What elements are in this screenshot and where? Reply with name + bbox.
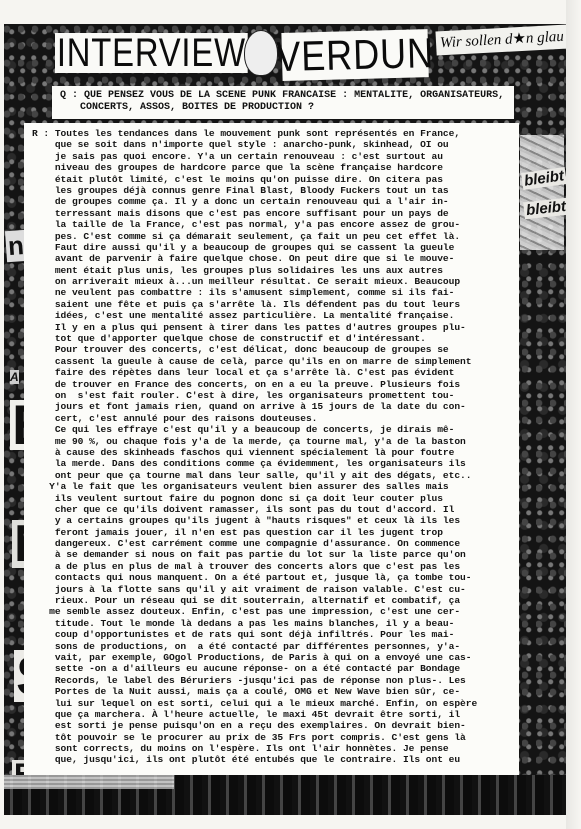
answer-line: que ça marchera. À l'heure actuelle, le … (32, 709, 515, 720)
answer-line: on arriverait mieux à...un meilleur résu… (32, 276, 515, 287)
answer-line: rieux. Pour un réseau qui se dit souterr… (32, 595, 515, 606)
interview-answer: R : Toutes les tendances dans le mouveme… (24, 123, 519, 775)
answer-line: Il y en a plus qui pensent à tirer dans … (32, 322, 515, 333)
answer-line: ment était plus unis, les groupes plus s… (32, 265, 515, 276)
answer-line: Records, le label des Béruriers -jusqu'i… (32, 675, 515, 686)
answer-line: idées, c'est une mentalité assez particu… (32, 310, 515, 321)
answer-line: cassent la gueule à cause de celà, parce… (32, 356, 515, 367)
zine-page: bleibt bleibt nd A E N S E INTERVIEW VER… (0, 0, 581, 829)
answer-line: Ce qui les effraye c'est qu'il y a beauc… (32, 424, 515, 435)
answer-line: Pour trouver des concerts, c'est délicat… (32, 344, 515, 355)
answer-line: on s'est fait rouler. C'est à dire, les … (32, 390, 515, 401)
answer-line: Faut dire aussi qu'il y a beaucoup de gr… (32, 242, 515, 253)
answer-line: cert, c'est annulé pour des raisons dout… (32, 413, 515, 424)
photo-collage-bottom-strip (4, 775, 566, 815)
answer-line: de trouver en France des concerts, on en… (32, 379, 515, 390)
balloon-illustration-icon (244, 30, 278, 76)
answer-line: R : Toutes les tendances dans le mouveme… (32, 128, 515, 139)
answer-line: feront jamais jouer, il n'en est pas que… (32, 527, 515, 538)
answer-line: tôt pouvoir se le procurer au prix de 35… (32, 732, 515, 743)
answer-line: saient une fête et puis ça s'arrête là. … (32, 299, 515, 310)
answer-line: dangereux. C'est carrément comme une com… (32, 538, 515, 549)
answer-line: terressant mais disons que c'est pas enc… (32, 208, 515, 219)
answer-line: me 90 %, ou chaque fois y'a de la merde,… (32, 436, 515, 447)
title-verdun: VERDUN (281, 29, 428, 81)
interview-question: Q : QUE PENSEZ VOUS DE LA SCENE PUNK FRA… (52, 86, 514, 119)
answer-line: niveau des groupes de hardcore parce que… (32, 162, 515, 173)
answer-line: a de plus en plus de mal à trouver des c… (32, 561, 515, 572)
collage-banner-fragment (520, 135, 564, 250)
question-label: Q : (60, 90, 78, 101)
answer-line: était plutôt limité, c'est le moins qu'o… (32, 174, 515, 185)
answer-line: que se soit dans n'importe quel style : … (32, 139, 515, 150)
answer-line: Portes de la Nuit aussi, mais ça a coulé… (32, 686, 515, 697)
answer-line: sons de productions, on a été contacté p… (32, 641, 515, 652)
question-line-1: Q : QUE PENSEZ VOUS DE LA SCENE PUNK FRA… (60, 90, 514, 102)
answer-line: à cause des skinheads faschos qui vienne… (32, 447, 515, 458)
answer-line: est sorti je pense puisqu'on en a reçu d… (32, 720, 515, 731)
answer-line: de groupes comme ça. Il y a donc un cert… (32, 196, 515, 207)
answer-line: contacts qui nous manquent. On a été par… (32, 572, 515, 583)
answer-line: avant de parvenir à faire quelque chose.… (32, 253, 515, 264)
question-line-2: CONCERTS, ASSOS, BOITES DE PRODUCTION ? (60, 102, 514, 114)
answer-line: cher que ce qu'ils doivent ramasser, ils… (32, 504, 515, 515)
title-interview: INTERVIEW (55, 33, 248, 73)
answer-line: ne veulent pas combattre : ils s'amusent… (32, 287, 515, 298)
answer-line: lui sur lequel on est sorti, celui qui a… (32, 698, 515, 709)
answer-line: Y'a le fait que les organisateurs veulen… (32, 481, 515, 492)
answer-line: coup d'opportunistes et de rats qui sont… (32, 629, 515, 640)
answer-line: faire des répètes dans leur local et ça … (32, 367, 515, 378)
answer-line: à se demander si nous on fait pas partie… (32, 549, 515, 560)
answer-line: tot que d'apporter quelque chose de cons… (32, 333, 515, 344)
answer-line: y a certains groupes qu'ils jugent à "ha… (32, 515, 515, 526)
star-icon: ★ (512, 31, 526, 48)
answer-line: les groupes déjà connus genre Final Blas… (32, 185, 515, 196)
page-margin (566, 0, 581, 829)
answer-line: ont peur que ça tourne mal dans leur sal… (32, 470, 515, 481)
answer-line: jours à la flotte sans qu'il y ait vraim… (32, 584, 515, 595)
answer-line: me semble assez douteux. Enfin, c'est pa… (32, 606, 515, 617)
answer-line: la merde. Dans des conditions comme ça é… (32, 458, 515, 469)
answer-line: jours et font jamais rien, quand on arri… (32, 401, 515, 412)
banner-text-end: n glau (526, 29, 565, 47)
collage-fragment (4, 775, 174, 789)
collage-letter-a: A (10, 370, 19, 384)
answer-line: ils veulent surtout faire du pognon donc… (32, 493, 515, 504)
answer-line: la taille de la France, c'est pas normal… (32, 219, 515, 230)
answer-line: sont corrects, du moins on l'espère. Ils… (32, 743, 515, 754)
answer-line: que, jusqu'ici, ils ont plutôt été entub… (32, 754, 515, 765)
answer-line: je sais pas quoi encore. Y'a un certain … (32, 151, 515, 162)
answer-line: sette -on a d'ailleurs eu aucune réponse… (32, 663, 515, 674)
answer-line: titude. Tout le monde là dedans a pas le… (32, 618, 515, 629)
banner-text: Wir sollen d (440, 31, 513, 51)
answer-line: pes. C'est comme si ça démarait seulemen… (32, 231, 515, 242)
answer-line: vait, par exemple, GOgol Productions, de… (32, 652, 515, 663)
